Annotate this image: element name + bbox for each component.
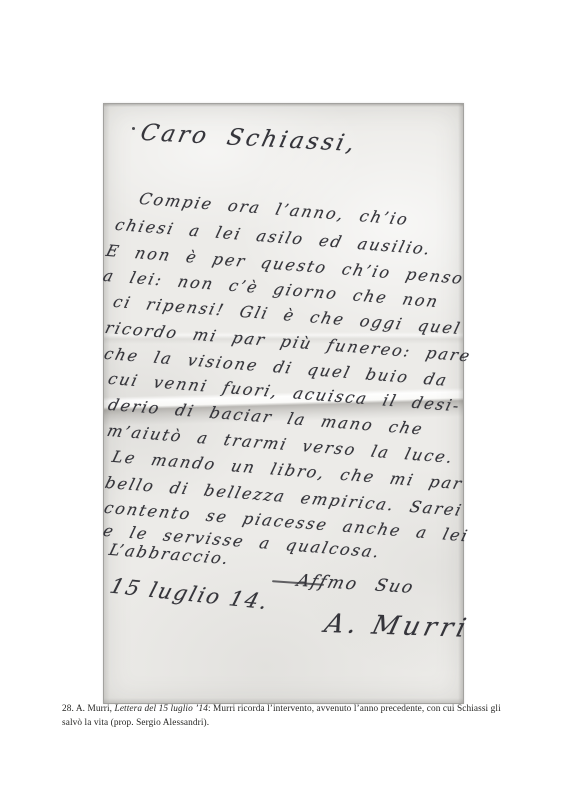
letter-salutation: Caro Schiassi, — [138, 120, 360, 157]
photo-caption: 28. A. Murri, Lettera del 15 luglio ’14:… — [62, 703, 514, 730]
book-page: Caro Schiassi, Compie ora l’anno, ch’io … — [0, 0, 566, 800]
letter-signature: A. Murri — [322, 609, 473, 644]
letter-photo: Caro Schiassi, Compie ora l’anno, ch’io … — [103, 103, 464, 704]
letter-date: 15 luglio 14. — [107, 574, 272, 614]
ink-dot — [132, 127, 135, 130]
letter-closing: Affmo Suo — [295, 571, 417, 598]
caption-title: Lettera del 15 luglio ’14 — [115, 704, 208, 714]
caption-prefix: 28. A. Murri, — [62, 704, 115, 714]
